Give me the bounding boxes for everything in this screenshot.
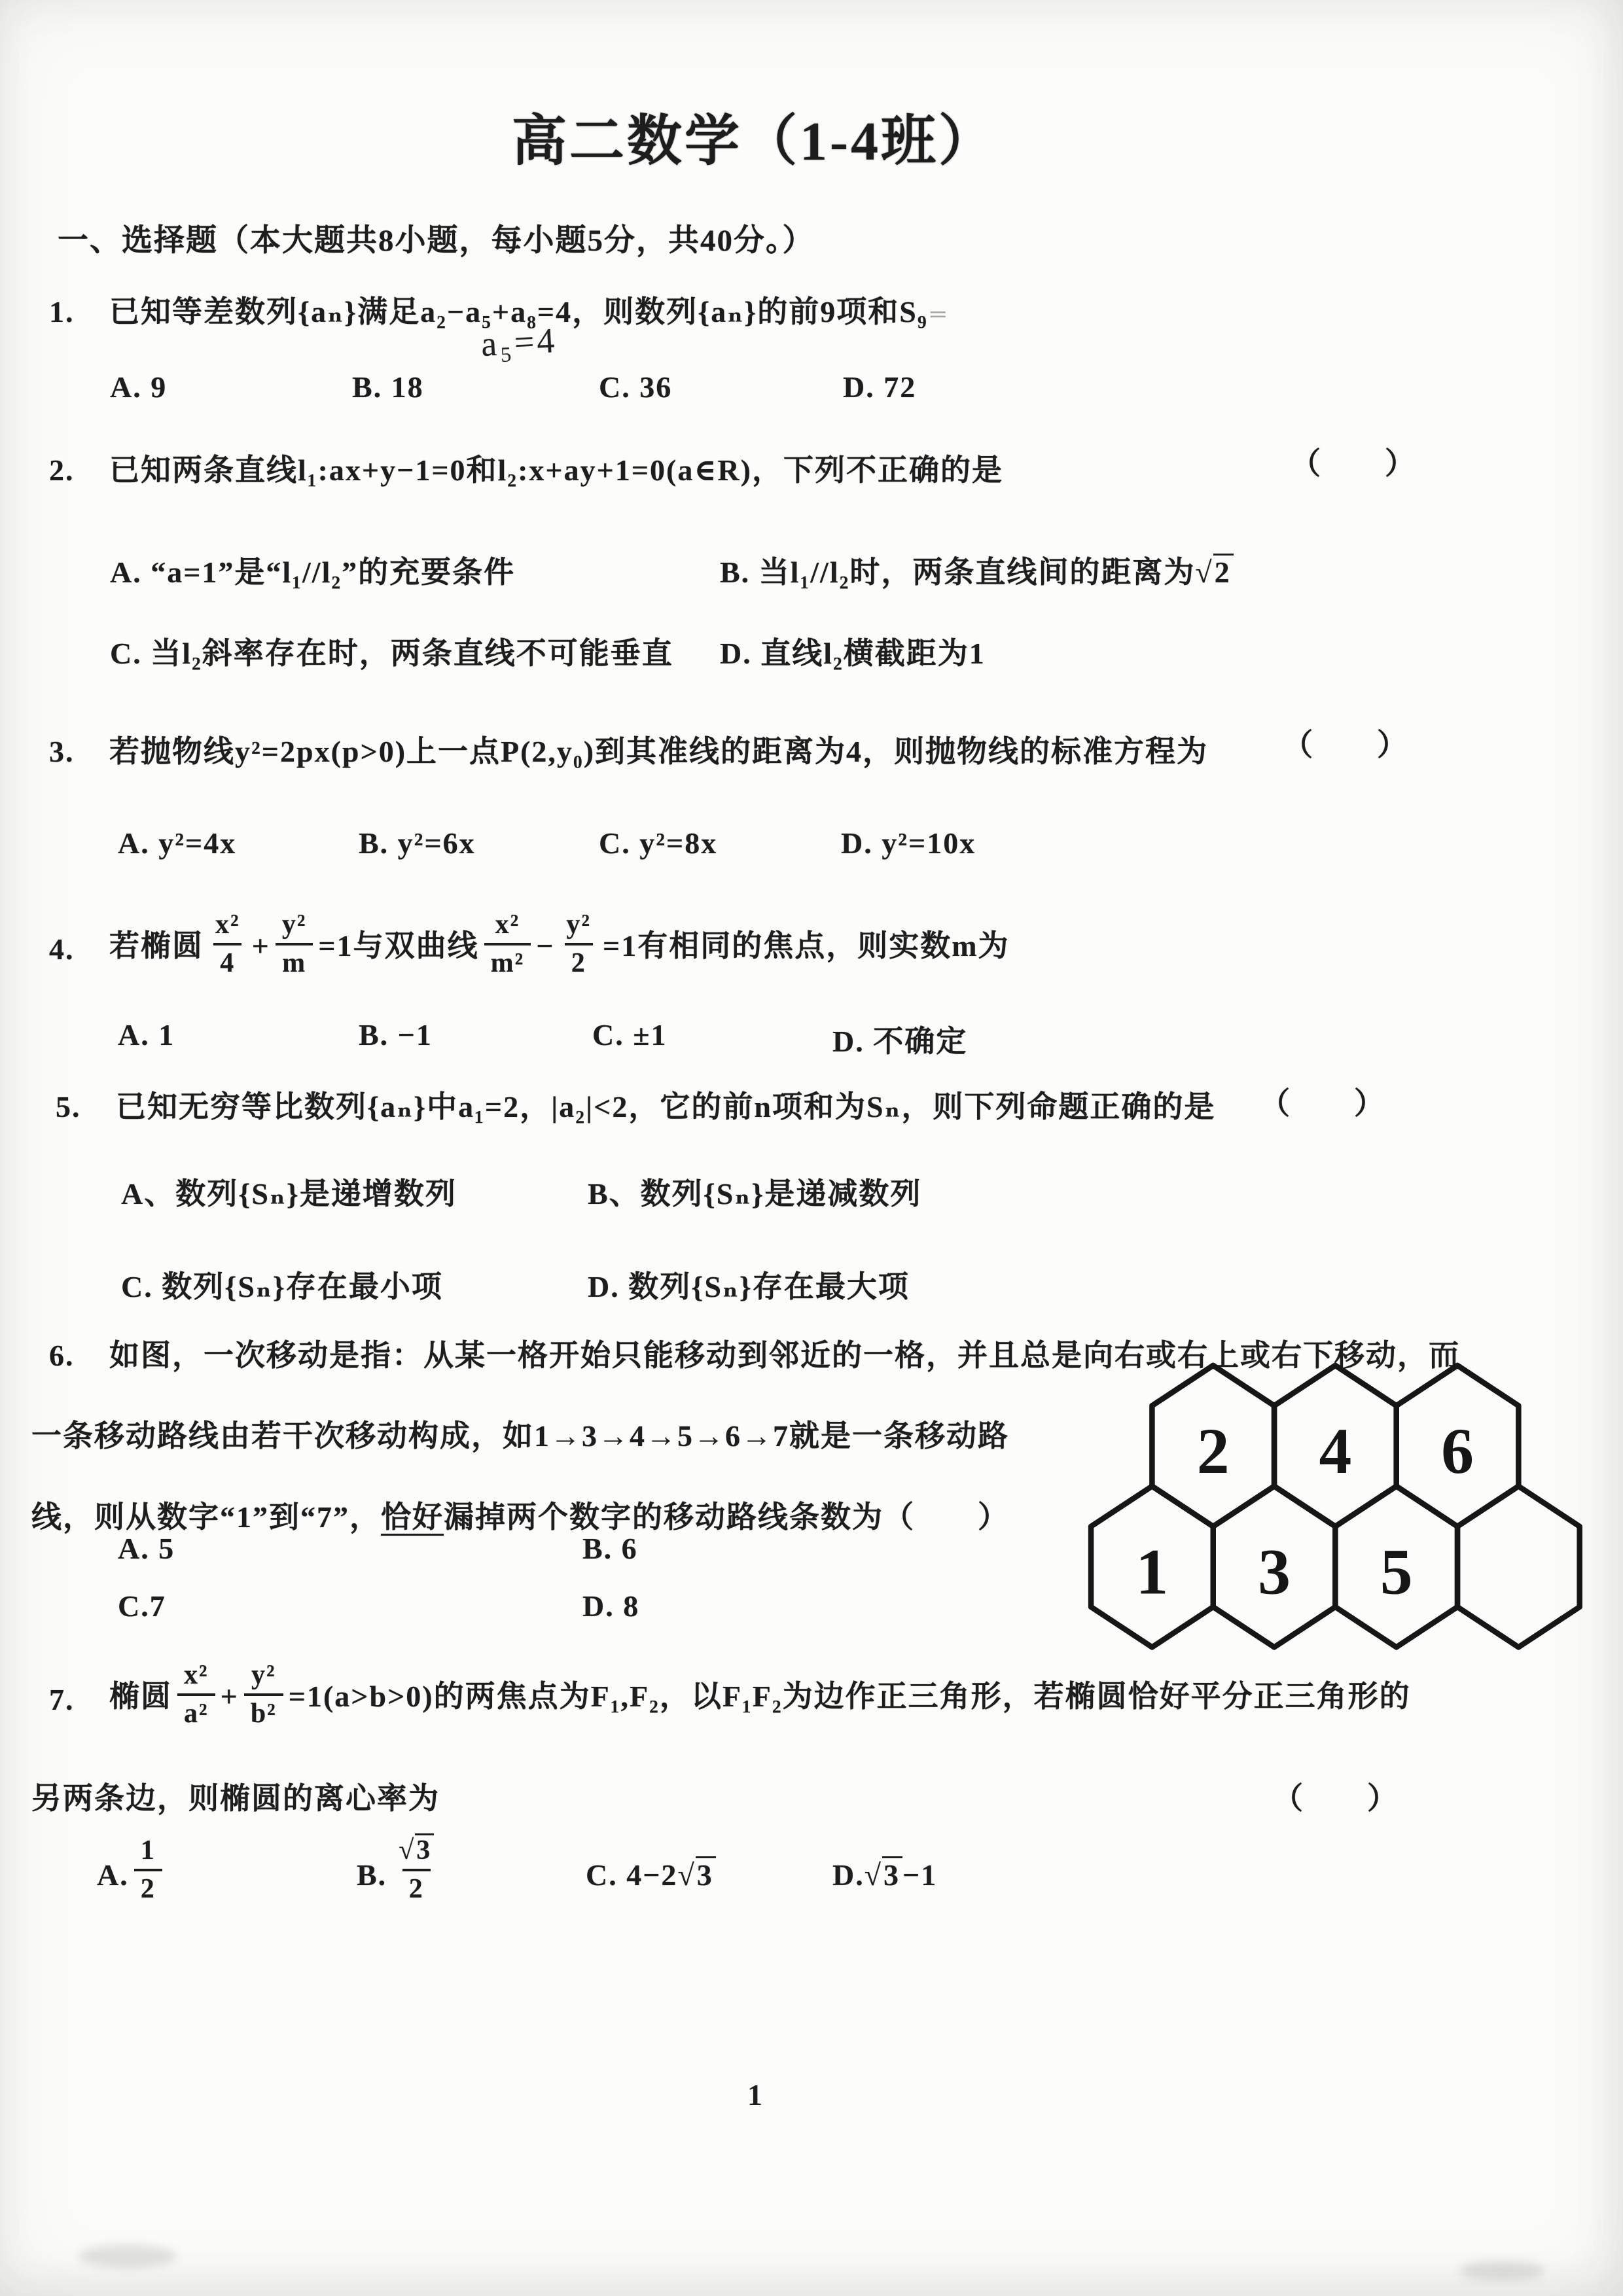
q2-stem: 2.已知两条直线l₁:ax+y−1=0和l₂:x+ay+1=0(a∈R)，下列不…: [49, 446, 1003, 489]
q2-option-a: A. “a=1”是“l₁//l₂”的充要条件: [110, 548, 515, 592]
scan-smudge: [1459, 2261, 1544, 2280]
hexagon-cell-label: 1: [1135, 1535, 1168, 1608]
q2-stem-text: 已知两条直线l₁:ax+y−1=0和l₂:x+ay+1=0(a∈R)，下列不正确…: [109, 453, 1003, 487]
hexagon-cell: [1457, 1486, 1580, 1647]
hexagon-grid-figure: 2 4 6 1 3 5: [1080, 1356, 1594, 1654]
q7-option-d: D. √3−1: [832, 1819, 937, 1930]
scan-smudge: [79, 2244, 177, 2268]
q7-stem-line-2: 另两条边，则椭圆的离心率为: [31, 1775, 440, 1818]
q4-number: 4.: [49, 932, 109, 966]
hexagon-cell-label: 4: [1319, 1415, 1351, 1487]
q3-option-b: B. y²=6x: [359, 826, 476, 860]
q3-option-d: D. y²=10x: [841, 826, 976, 860]
q7-answer-bracket: （ ）: [1273, 1775, 1399, 1818]
q2-option-c: C. 当l₂斜率存在时，两条直线不可能垂直: [110, 629, 673, 673]
q5-number: 5.: [56, 1089, 116, 1124]
q5-stem-text: 已知无穷等比数列{aₙ}中a₁=2，|a₂|<2，它的前n项和为Sₙ，则下列命题…: [116, 1090, 1215, 1123]
q4-option-b: B. −1: [359, 1017, 433, 1052]
q7-option-c: C. 4−2√3: [586, 1819, 716, 1930]
q6-option-d: D. 8: [582, 1589, 639, 1623]
q7-option-a: A. 12: [97, 1819, 168, 1930]
hexagon-cell-label: 3: [1258, 1535, 1291, 1608]
q4-stem: 4.若椭圆x²4+y²m=1与双曲线x²m²−y²2=1有相同的焦点，则实数m为: [49, 902, 1010, 997]
q7-stem-line-1-text: 椭圆x²a²+y²b²=1(a>b>0)的两焦点为F₁,F₂，以F₁F₂为边作正…: [109, 1665, 1411, 1734]
q5-option-d: D. 数列{Sₙ}存在最大项: [588, 1263, 910, 1306]
q5-stem: 5.已知无穷等比数列{aₙ}中a₁=2，|a₂|<2，它的前n项和为Sₙ，则下列…: [56, 1083, 1215, 1126]
q2-option-d: D. 直线l₂横截距为1: [720, 629, 986, 673]
exam-page: 高二数学（1-4班） 一、选择题（本大题共8小题，每小题5分，共40分。） 1.…: [0, 0, 1623, 2296]
hexagon-cell-label: 5: [1380, 1535, 1413, 1608]
q3-answer-bracket: （ ）: [1283, 721, 1408, 764]
q7-option-b: B. √32: [357, 1819, 446, 1930]
q5-option-c: C. 数列{Sₙ}存在最小项: [121, 1263, 443, 1306]
q7-number: 7.: [49, 1682, 109, 1717]
q5-option-a: A、数列{Sₙ}是递增数列: [121, 1170, 457, 1213]
q3-option-a: A. y²=4x: [118, 826, 236, 860]
q3-number: 3.: [49, 734, 109, 769]
q4-option-c: C. ±1: [592, 1017, 667, 1052]
q3-stem-text: 若抛物线y²=2px(p>0)上一点P(2,y₀)到其准线的距离为4，则抛物线的…: [109, 735, 1208, 768]
q1-option-c: C. 36: [599, 370, 672, 404]
q7-stem-line-1: 7.椭圆x²a²+y²b²=1(a>b>0)的两焦点为F₁,F₂，以F₁F₂为边…: [49, 1646, 1411, 1754]
q3-stem: 3.若抛物线y²=2px(p>0)上一点P(2,y₀)到其准线的距离为4，则抛物…: [49, 728, 1208, 771]
q6-line-2: 一条移动路线由若干次移动构成，如1→3→4→5→6→7就是一条移动路: [31, 1412, 1009, 1455]
q3-option-c: C. y²=8x: [599, 826, 717, 860]
q1-option-d: D. 72: [843, 370, 916, 404]
hexagon-cell-label: 6: [1441, 1415, 1474, 1487]
q5-answer-bracket: （ ）: [1260, 1080, 1385, 1123]
q6-option-b: B. 6: [582, 1531, 638, 1566]
page-number: 1: [747, 2077, 762, 2112]
q1-option-b: B. 18: [352, 370, 424, 404]
q4-option-d: D. 不确定: [832, 1017, 967, 1061]
q6-option-a: A. 5: [118, 1531, 175, 1566]
q1-handwritten-annotation: a₅=4: [480, 320, 558, 364]
q2-number: 2.: [49, 453, 109, 487]
q6-option-c: C.7: [118, 1589, 166, 1623]
section-header: 一、选择题（本大题共8小题，每小题5分，共40分。）: [58, 216, 815, 260]
q5-option-b: B、数列{Sₙ}是递减数列: [588, 1170, 921, 1213]
page-title: 高二数学（1-4班）: [512, 97, 996, 176]
q1-number: 1.: [49, 294, 109, 329]
q6-number: 6.: [49, 1338, 109, 1373]
hexagon-cell-label: 2: [1197, 1415, 1230, 1487]
q2-option-b: B. 当l₁//l₂时，两条直线间的距离为√2: [720, 548, 1234, 592]
q1-option-a: A. 9: [110, 370, 167, 404]
q4-option-a: A. 1: [118, 1017, 175, 1052]
q6-line-3: 线，则从数字“1”到“7”，恰好漏掉两个数字的移动路线条数为（ ）: [31, 1493, 1009, 1536]
q2-answer-bracket: （ ）: [1291, 440, 1416, 483]
q4-stem-text: 若椭圆x²4+y²m=1与双曲线x²m²−y²2=1有相同的焦点，则实数m为: [109, 915, 1010, 983]
